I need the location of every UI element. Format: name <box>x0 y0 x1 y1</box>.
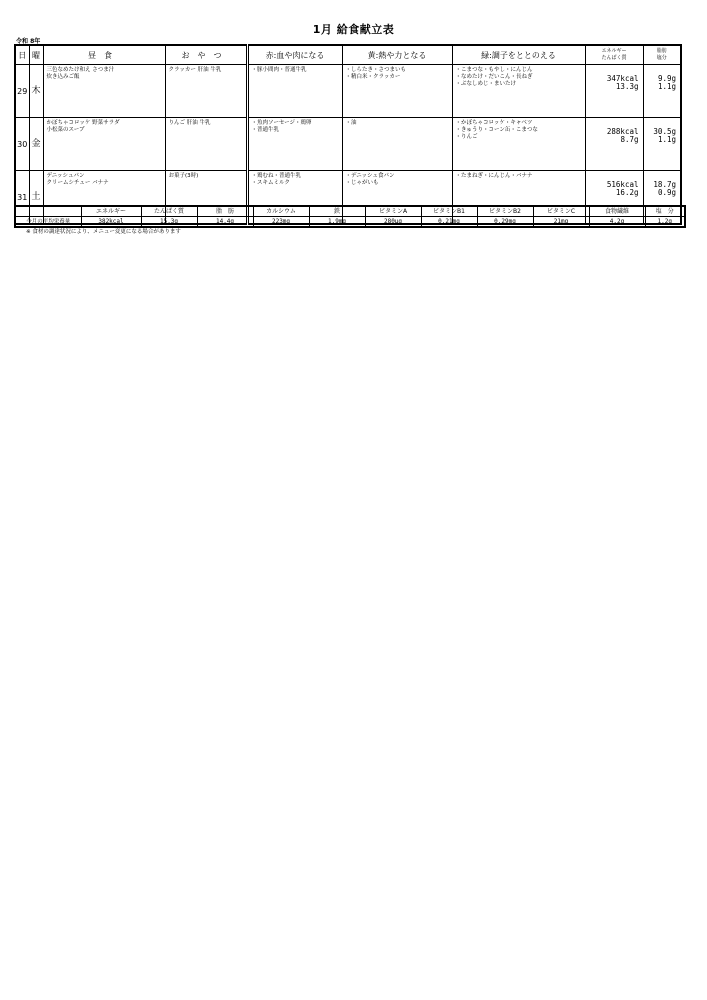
page-title: 1月 給食献立表 <box>0 21 707 37</box>
red-food-line: ・鶏むね・普通牛乳 <box>252 173 339 180</box>
summary-value-cell: 4.2g <box>589 217 645 228</box>
red-food-line: ・豚小間肉・普通牛乳 <box>252 67 339 74</box>
row-lunch: 三色なめたけ和え さつま汁炊き込みご飯 <box>43 65 165 118</box>
summary-value-cell: 223mg <box>253 217 309 228</box>
summary-value-cell: 0.21mg <box>421 217 477 228</box>
green-food-line: ・ぶなしめじ・まいたけ <box>456 81 582 88</box>
summary-value-cell: 14.4g <box>197 217 253 228</box>
row-green-foods: ・こまつな・もやし・にんじん・なめたけ・だいこん・長ねぎ・ぶなしめじ・まいたけ <box>452 65 585 118</box>
row-day: 29 <box>15 65 29 118</box>
yellow-food-line: ・じゃがいも <box>346 180 449 187</box>
red-food-line: ・魚肉ソーセージ・鶏卵 <box>252 120 339 127</box>
row-salt: 0.9g <box>647 189 677 197</box>
summary-corner <box>15 206 81 217</box>
red-food-line: ・普通牛乳 <box>252 127 339 134</box>
row-fat-salt: 9.9g1.1g <box>643 65 681 118</box>
summary-header-cell: エネルギー <box>81 206 141 217</box>
summary-header-cell: 鉄 <box>309 206 365 217</box>
summary-header-cell: 塩 分 <box>645 206 685 217</box>
header-weekday: 曜 <box>29 45 43 65</box>
green-food-line: ・かぼちゃコロッケ・キャベツ <box>456 120 582 127</box>
row-lunch: かぼちゃコロッケ 野菜サラダ小松菜のスープ <box>43 118 165 171</box>
monthly-average-table: エネルギーたんぱく質脂 肪カルシウム鉄ビタミンAビタミンB1ビタミンB2ビタミン… <box>14 205 686 228</box>
summary-header-row: エネルギーたんぱく質脂 肪カルシウム鉄ビタミンAビタミンB1ビタミンB2ビタミン… <box>15 206 685 217</box>
header-lunch: 昼食 <box>43 45 165 65</box>
green-food-line: ・たまねぎ・にんじん・バナナ <box>456 173 582 180</box>
lunch-item: デニッシュパン <box>47 173 162 180</box>
summary-header-cell: ビタミンB2 <box>477 206 533 217</box>
header-protein: たんぱく質 <box>586 55 643 62</box>
row-salt: 1.1g <box>647 83 677 91</box>
row-yellow-foods: ・しらたき・さつまいも・精白米・クラッカー <box>342 65 452 118</box>
summary-value-cell: 0.29mg <box>477 217 533 228</box>
header-yellow-group: 黄:熱や力となる <box>342 45 452 65</box>
lunch-item: かぼちゃコロッケ 野菜サラダ <box>47 120 162 127</box>
summary-header-cell: 脂 肪 <box>197 206 253 217</box>
red-food-line: ・スキムミルク <box>252 180 339 187</box>
header-energy-protein: エネルギー たんぱく質 <box>585 45 643 65</box>
summary-value-cell: 280μg <box>365 217 421 228</box>
summary-header-cell: 食物繊維 <box>589 206 645 217</box>
green-food-line: ・きゅうり・コーン缶・こまつな <box>456 127 582 134</box>
menu-row: 29木三色なめたけ和え さつま汁炊き込みご飯クラッカー 肝油 牛乳・豚小間肉・普… <box>15 65 681 118</box>
lunch-item: 炊き込みご飯 <box>47 74 162 81</box>
summary-row-label: 今月の平均栄養量 <box>15 217 81 228</box>
row-red-foods: ・豚小間肉・普通牛乳 <box>247 65 342 118</box>
yellow-food-line: ・精白米・クラッカー <box>346 74 449 81</box>
summary-header-cell: カルシウム <box>253 206 309 217</box>
row-snack: クラッカー 肝油 牛乳 <box>165 65 247 118</box>
menu-row: 30金かぼちゃコロッケ 野菜サラダ小松菜のスープりんご 肝油 牛乳・魚肉ソーセー… <box>15 118 681 171</box>
yellow-food-line: ・デニッシュ食パン <box>346 173 449 180</box>
green-food-line: ・りんご <box>456 134 582 141</box>
row-salt: 1.1g <box>647 136 677 144</box>
summary-value-cell: 15.3g <box>141 217 197 228</box>
header-snack: おやつ <box>165 45 247 65</box>
lunch-item: 三色なめたけ和え さつま汁 <box>47 67 162 74</box>
row-green-foods: ・かぼちゃコロッケ・キャベツ・きゅうり・コーン缶・こまつな・りんご <box>452 118 585 171</box>
row-day: 30 <box>15 118 29 171</box>
summary-header-cell: たんぱく質 <box>141 206 197 217</box>
summary-value-cell: 1.2g <box>645 217 685 228</box>
row-energy-protein: 288kcal8.7g <box>585 118 643 171</box>
row-energy-protein: 347kcal13.3g <box>585 65 643 118</box>
row-fat-salt: 30.5g1.1g <box>643 118 681 171</box>
summary-header-cell: ビタミンA <box>365 206 421 217</box>
summary-value-cell: 1.9mg <box>309 217 365 228</box>
row-yellow-foods: ・油 <box>342 118 452 171</box>
menu-header-row: 日 曜 昼食 おやつ 赤:血や肉になる 黄:熱や力となる 緑:調子をととのえる … <box>15 45 681 65</box>
green-food-line: ・なめたけ・だいこん・長ねぎ <box>456 74 582 81</box>
lunch-item: クリームシチュー バナナ <box>47 180 162 187</box>
row-weekday: 木 <box>29 65 43 118</box>
header-fat-salt: 脂肪 塩分 <box>643 45 681 65</box>
row-red-foods: ・魚肉ソーセージ・鶏卵・普通牛乳 <box>247 118 342 171</box>
header-green-group: 緑:調子をととのえる <box>452 45 585 65</box>
summary-header-cell: ビタミンC <box>533 206 589 217</box>
row-protein: 16.2g <box>589 189 639 197</box>
header-red-group: 赤:血や肉になる <box>247 45 342 65</box>
summary-header-cell: ビタミンB1 <box>421 206 477 217</box>
header-fat: 脂肪 <box>644 48 681 55</box>
row-protein: 13.3g <box>589 83 639 91</box>
row-weekday: 金 <box>29 118 43 171</box>
green-food-line: ・こまつな・もやし・にんじん <box>456 67 582 74</box>
header-salt: 塩分 <box>644 55 681 62</box>
summary-value-cell: 21mg <box>533 217 589 228</box>
summary-value-row: 今月の平均栄養量 382kcal15.3g14.4g223mg1.9mg280μ… <box>15 217 685 228</box>
yellow-food-line: ・油 <box>346 120 449 127</box>
summary-value-cell: 382kcal <box>81 217 141 228</box>
yellow-food-line: ・しらたき・さつまいも <box>346 67 449 74</box>
row-protein: 8.7g <box>589 136 639 144</box>
header-day: 日 <box>15 45 29 65</box>
row-snack: りんご 肝油 牛乳 <box>165 118 247 171</box>
menu-table: 日 曜 昼食 おやつ 赤:血や肉になる 黄:熱や力となる 緑:調子をととのえる … <box>14 44 682 225</box>
lunch-item: 小松菜のスープ <box>47 127 162 134</box>
header-energy: エネルギー <box>586 48 643 55</box>
menu-change-note: ※ 食材の調達状況により、メニュー変更になる場合があります <box>26 227 181 235</box>
